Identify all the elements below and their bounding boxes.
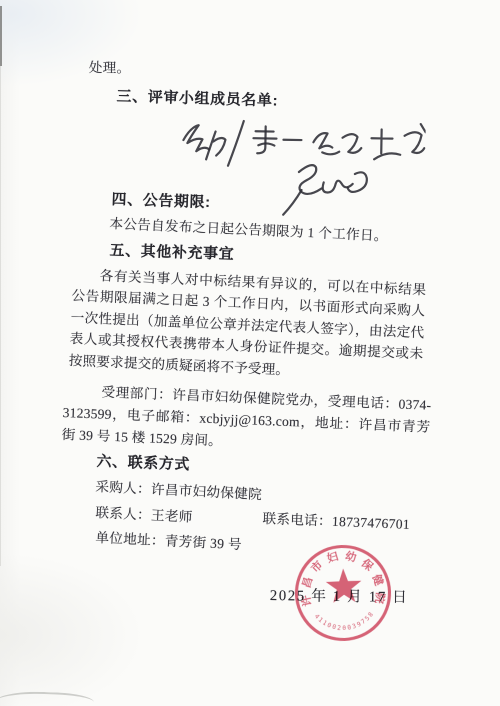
svg-text:妇: 妇 bbox=[325, 549, 339, 566]
seal-star-icon bbox=[325, 568, 362, 603]
seal-code-arc: 4110020039758 bbox=[313, 611, 376, 633]
section6-heading: 六、联系方式 bbox=[96, 450, 190, 474]
contact-phone-line: 联系电话：18737476701 bbox=[262, 507, 410, 533]
svg-text:许: 许 bbox=[298, 594, 314, 608]
svg-text:2: 2 bbox=[337, 625, 342, 632]
signature-5 bbox=[283, 165, 367, 217]
scan-edge-artifact bbox=[0, 6, 2, 66]
section5-paragraph1: 各有关当事人对中标结果有异议的，可以在中标结果公告期限届满之日起 3 个工作日内… bbox=[68, 264, 426, 386]
official-red-seal: 许昌市妇幼保健院 4110020039758 bbox=[290, 541, 396, 645]
svg-text:昌: 昌 bbox=[299, 575, 316, 590]
section4-heading: 四、公告期限: bbox=[111, 188, 211, 212]
scanned-document-page: 处理。 三、评审小组成员名单: 四、公告期限: bbox=[0, 0, 500, 706]
svg-text:幼: 幼 bbox=[344, 548, 358, 564]
intro-fragment: 处理。 bbox=[89, 56, 131, 77]
unit-address-line: 单位地址：青芳街 39 号 bbox=[95, 526, 242, 553]
svg-text:院: 院 bbox=[372, 592, 387, 605]
buyer-line: 采购人：许昌市妇幼保健院 bbox=[95, 475, 263, 503]
section5-paragraph2: 受理部门：许昌市妇幼保健院党办，受理电话：0374-3123599，电子邮箱：x… bbox=[61, 380, 431, 461]
contact-person-line: 联系人：王老师 bbox=[95, 501, 193, 526]
svg-text:0: 0 bbox=[342, 625, 346, 632]
signature-2 bbox=[253, 126, 301, 154]
section3-heading: 三、评审小组成员名单: bbox=[116, 85, 278, 111]
paper-fold-artifact bbox=[0, 690, 94, 706]
scan-edge-artifact-faint bbox=[0, 66, 1, 566]
signature-3 bbox=[313, 133, 361, 155]
signature-4 bbox=[371, 123, 426, 160]
signature-1 bbox=[183, 120, 244, 166]
section5-heading: 五、其他补充事宜 bbox=[109, 239, 234, 264]
